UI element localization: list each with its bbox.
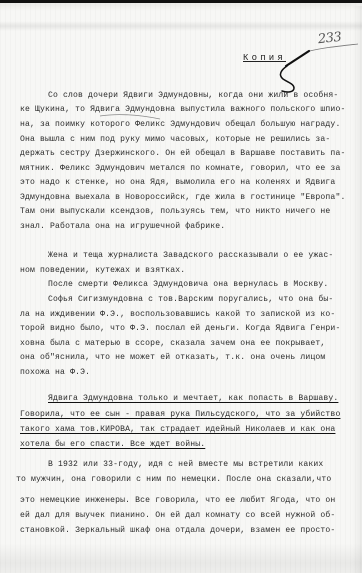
text-line: Софья Сигизмундовна с тов.Варским поруга…: [48, 295, 333, 305]
text-line: ке Щукина, то Ядвига Эдмундовна выпустил…: [20, 105, 345, 115]
text-line: она об"яснила, что не может ей отказать,…: [20, 353, 325, 363]
underlined-text-line: хотела бы его спасти. Все ждет войны.: [20, 440, 205, 450]
text-line: ховна была с матерью в ссоре, сказала за…: [20, 339, 325, 349]
text-line: ном поведении, кутежах и взятках.: [20, 266, 185, 276]
text-line: торой видно было, что Ф.Э. послал ей ден…: [20, 324, 340, 334]
underlined-text-line: Ядвига Эдмундовна только и мечтает, как …: [48, 394, 338, 404]
text-line: на, за поимку которого Феликс Эдмундович…: [20, 120, 340, 130]
scan-noise-bottom: [0, 543, 362, 573]
text-line: ла на иждивении Ф.Э., воспользовавшись к…: [20, 310, 335, 320]
text-line: знал. Работала она на игрушечной фабрике…: [20, 222, 225, 232]
text-line: Эдмундовна выехала в Новороссийск, где ж…: [20, 193, 345, 203]
text-line: держать сестру Дзержинского. Он ей обеща…: [20, 149, 345, 159]
text-line: В 1932 или 33-году, идя с ней вместе мы …: [48, 460, 323, 470]
text-line: Там они выпускали ксендзов, пользуясь те…: [20, 207, 330, 217]
text-line: мятник. Феликс Эдмундович метался по ком…: [20, 164, 340, 174]
scan-streak: [0, 21, 362, 31]
text-line: Жена и теща журналиста Завадского расска…: [48, 251, 333, 261]
text-line: После смерти Феликса Эдмундовича она вер…: [48, 280, 328, 290]
document-heading: Копия: [243, 53, 286, 63]
text-line: ей дал для выучек пианино. Он ей дал ком…: [20, 511, 335, 521]
text-line: Со слов дочери Ядвиги Эдмундовны, когда …: [48, 91, 338, 101]
text-line: становкой. Зеркальный шкаф она отдала до…: [20, 526, 335, 536]
archive-page-number: 233: [317, 30, 342, 47]
underlined-text-line: такого хама тов.КИРОВА, так страдает иде…: [20, 425, 335, 435]
underlined-text-line: Говорила, что ее сын - правая рука Пильс…: [20, 410, 340, 420]
text-line: то мужчин, она говорили с ним по немецки…: [16, 475, 331, 485]
text-line: это немецкие инженеры. Все говорила, что…: [20, 496, 335, 506]
scan-noise-right: [352, 6, 362, 573]
text-line: Она вышла с ним под руку мимо часовых, к…: [20, 135, 330, 145]
text-line: похожа на Ф.Э.: [20, 368, 90, 378]
text-line: это надо к стенке, но она Ядя, вымолила …: [20, 178, 335, 188]
